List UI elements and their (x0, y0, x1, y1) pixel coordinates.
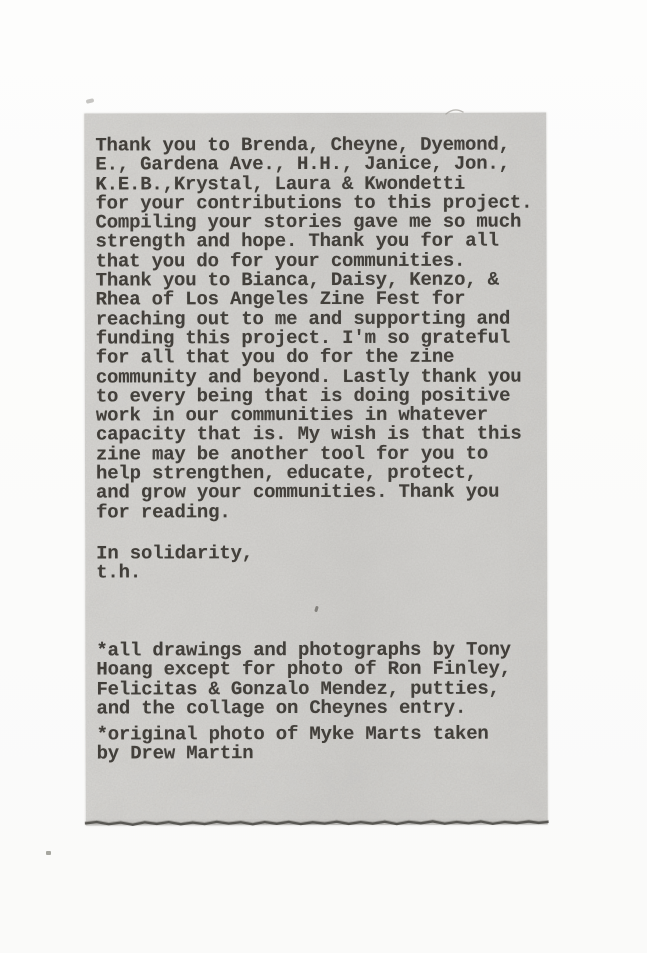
signoff-block: In solidarity,t.h. (96, 544, 544, 584)
scanned-paper: Thank you to Brenda, Cheyne, Dyemond,E.,… (84, 113, 547, 826)
text-line: by Drew Martin (97, 744, 545, 764)
torn-bottom-edge (85, 819, 549, 829)
text-line: and grow your communities. Thank you (96, 483, 544, 503)
dust-speck-top-left (86, 98, 95, 104)
acknowledgments-paragraph: Thank you to Brenda, Cheyne, Dyemond,E.,… (95, 136, 544, 523)
text-line: for reading. (96, 502, 544, 522)
text-line: and the collage on Cheynes entry. (96, 698, 544, 718)
dust-speck-bottom-left (46, 851, 51, 855)
credits-note-2: *original photo of Myke Marts takenby Dr… (97, 725, 545, 765)
pencil-mark (445, 107, 465, 116)
page-background: Thank you to Brenda, Cheyne, Dyemond,E.,… (0, 0, 647, 953)
credits-note-1: *all drawings and photographs by TonyHoa… (96, 641, 544, 719)
text-line: In solidarity, (96, 544, 544, 564)
text-line: t.h. (96, 563, 544, 583)
